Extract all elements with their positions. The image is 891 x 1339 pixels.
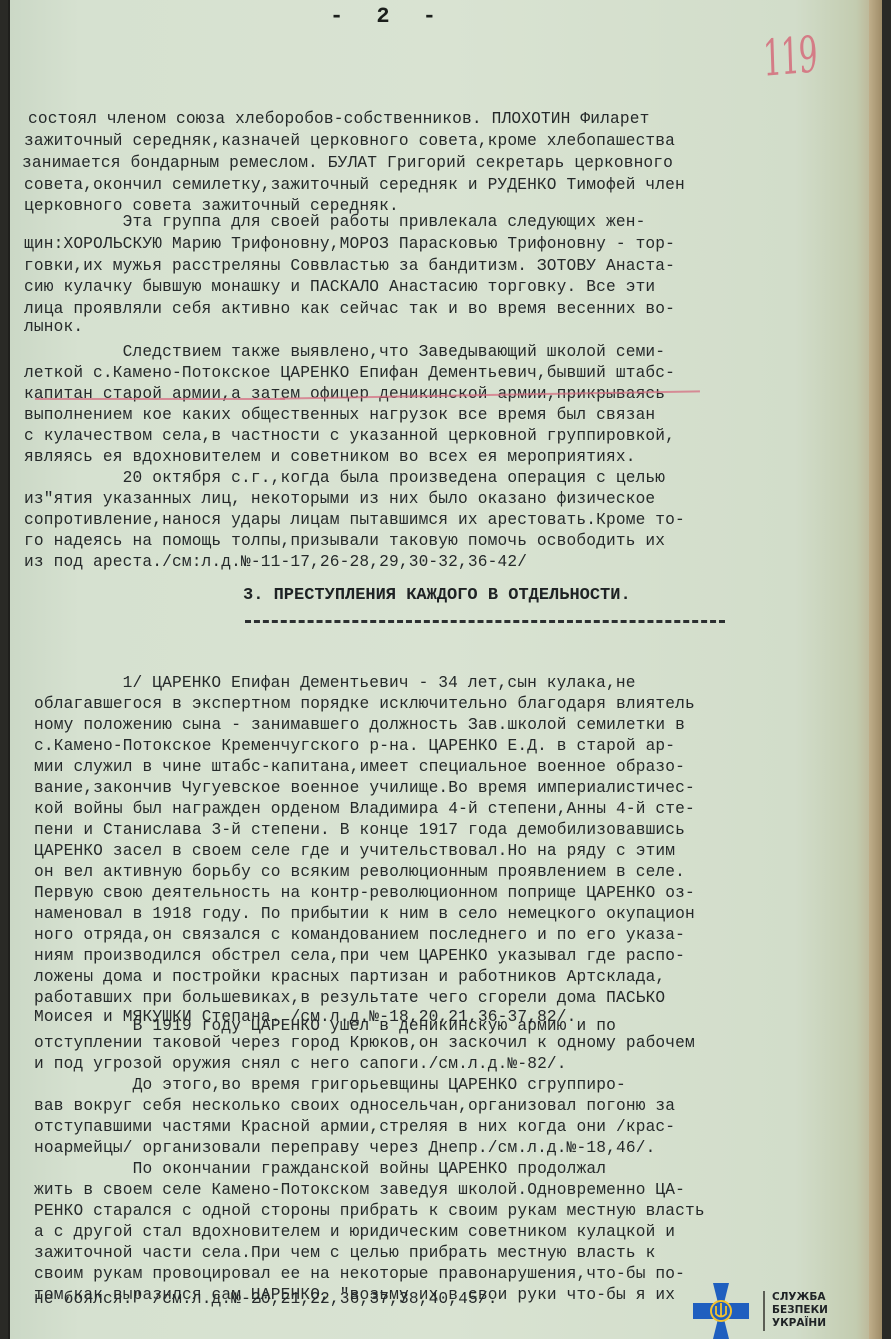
- text-line: он вел активную борьбу со всяким революц…: [34, 863, 685, 882]
- text-line: отступавшими частями Красной армии,стрел…: [34, 1118, 675, 1137]
- text-line: ЦАРЕНКО засел в своем селе где и учитель…: [34, 842, 675, 861]
- logo-divider: [763, 1291, 765, 1331]
- text-line: занимается бондарным ремеслом. БУЛАТ Гри…: [22, 154, 673, 173]
- text-line: выполнением кое каких общественных нагру…: [24, 406, 655, 425]
- text-line: отступлении таковой через город Крюков,о…: [34, 1034, 695, 1053]
- text-line: сию кулачку бывшую монашку и ПАСКАЛО Ана…: [24, 278, 655, 297]
- text-line: вав вокруг себя несколько своих односель…: [34, 1097, 675, 1116]
- text-line: щин:ХОРОЛЬСКУЮ Марию Трифоновну,МОРОЗ Па…: [24, 235, 675, 254]
- text-line: состоял членом союза хлеборобов-собствен…: [28, 110, 649, 129]
- text-line: совета,окончил семилетку,зажиточный сере…: [24, 176, 685, 195]
- sbu-watermark: СЛУЖБА БЕЗПЕКИ УКРАЇНИ: [693, 1283, 891, 1339]
- text-line: жить в своем селе Камено-Потокском завед…: [34, 1181, 685, 1200]
- document-page: - 2 - 119 состоял членом союза хлеборобо…: [8, 0, 882, 1339]
- text-line: ниям производился обстрел села,при чем Ц…: [34, 947, 685, 966]
- text-line: с.Камено-Потокское Кременчугского р-на. …: [34, 737, 675, 756]
- text-line: зажиточной части села.При чем с целью пр…: [34, 1244, 655, 1263]
- text-line: не боялся." /см.л.д.№-20,21,22,36,37,38,…: [34, 1290, 498, 1309]
- text-line: леткой с.Камено-Потокское ЦАРЕНКО Епифан…: [24, 364, 675, 383]
- text-line: Следствием также выявлено,что Заведывающ…: [24, 343, 665, 362]
- text-line: кой войны был награжден орденом Владимир…: [34, 800, 695, 819]
- sbu-name: СЛУЖБА БЕЗПЕКИ УКРАЇНИ: [772, 1291, 828, 1330]
- sbu-emblem-icon: [693, 1283, 749, 1339]
- text-line: го надеясь на помощь толпы,призывали так…: [24, 532, 665, 551]
- text-line: ноармейцы/ организовали переправу через …: [34, 1139, 655, 1158]
- heading-dashed-rule: [245, 620, 725, 623]
- text-line: облагавшегося в экспертном порядке исклю…: [34, 695, 695, 714]
- text-line: По окончании гражданской войны ЦАРЕНКО п…: [34, 1160, 606, 1179]
- text-line: являясь ея вдохновителем и советником во…: [24, 448, 636, 467]
- sbu-name-line: СЛУЖБА: [772, 1291, 828, 1304]
- page-edge: [869, 0, 882, 1339]
- text-line: пени и Станислава 3-й степени. В конце 1…: [34, 821, 685, 840]
- text-line: с кулачеством села,в частности с указанн…: [24, 427, 675, 446]
- text-line: говки,их мужья расстреляны Соввластью за…: [24, 257, 675, 276]
- text-line: из"ятия указанных лиц, некоторыми из них…: [24, 490, 655, 509]
- text-line: ному положению сына - занимавшего должно…: [34, 716, 685, 735]
- text-line: своим рукам провоцировал ее на некоторые…: [34, 1265, 685, 1284]
- text-line: наменовал в 1918 году. По прибытии к ним…: [34, 905, 695, 924]
- text-line: лица проявляли себя активно как сейчас т…: [24, 300, 675, 319]
- handwritten-sheet-number: 119: [762, 25, 817, 88]
- text-line: ложены дома и постройки красных партизан…: [34, 968, 665, 987]
- text-line: лынок.: [24, 318, 83, 337]
- text-line: мии служил в чине штабс-капитана,имеет с…: [34, 758, 685, 777]
- text-line: Эта группа для своей работы привлекала с…: [24, 213, 645, 232]
- text-line: а с другой стал вдохновителем и юридичес…: [34, 1223, 675, 1242]
- text-line: и под угрозой оружия снял с него сапоги.…: [34, 1055, 567, 1074]
- red-pencil-underline: [35, 398, 285, 400]
- text-line: зажиточный середняк,казначей церковного …: [24, 132, 675, 151]
- text-line: РЕНКО старался с одной стороны прибрать …: [34, 1202, 705, 1221]
- text-line: До этого,во время григорьевщины ЦАРЕНКО …: [34, 1076, 626, 1095]
- text-line: сопротивление,нанося удары лицам пытавши…: [24, 511, 685, 530]
- text-line: 20 октября с.г.,когда была произведена о…: [24, 469, 665, 488]
- text-line: вание,закончив Чугуевское военное училищ…: [34, 779, 695, 798]
- text-line: ного отряда,он связался с командованием …: [34, 926, 685, 945]
- sbu-name-line: УКРАЇНИ: [772, 1317, 828, 1330]
- page-number: - 2 -: [330, 4, 446, 29]
- text-line: работавших при большевиках,в результате …: [34, 989, 665, 1008]
- text-line: из под ареста./см:л.д.№-11-17,26-28,29,3…: [24, 553, 527, 572]
- text-line: 1/ ЦАРЕНКО Епифан Дементьевич - 34 лет,с…: [24, 674, 636, 693]
- sbu-name-line: БЕЗПЕКИ: [772, 1304, 828, 1317]
- section-heading: 3. ПРЕСТУПЛЕНИЯ КАЖДОГО В ОТДЕЛЬНОСТИ.: [243, 586, 631, 605]
- text-line: Первую свою деятельность на контр-револю…: [34, 884, 695, 903]
